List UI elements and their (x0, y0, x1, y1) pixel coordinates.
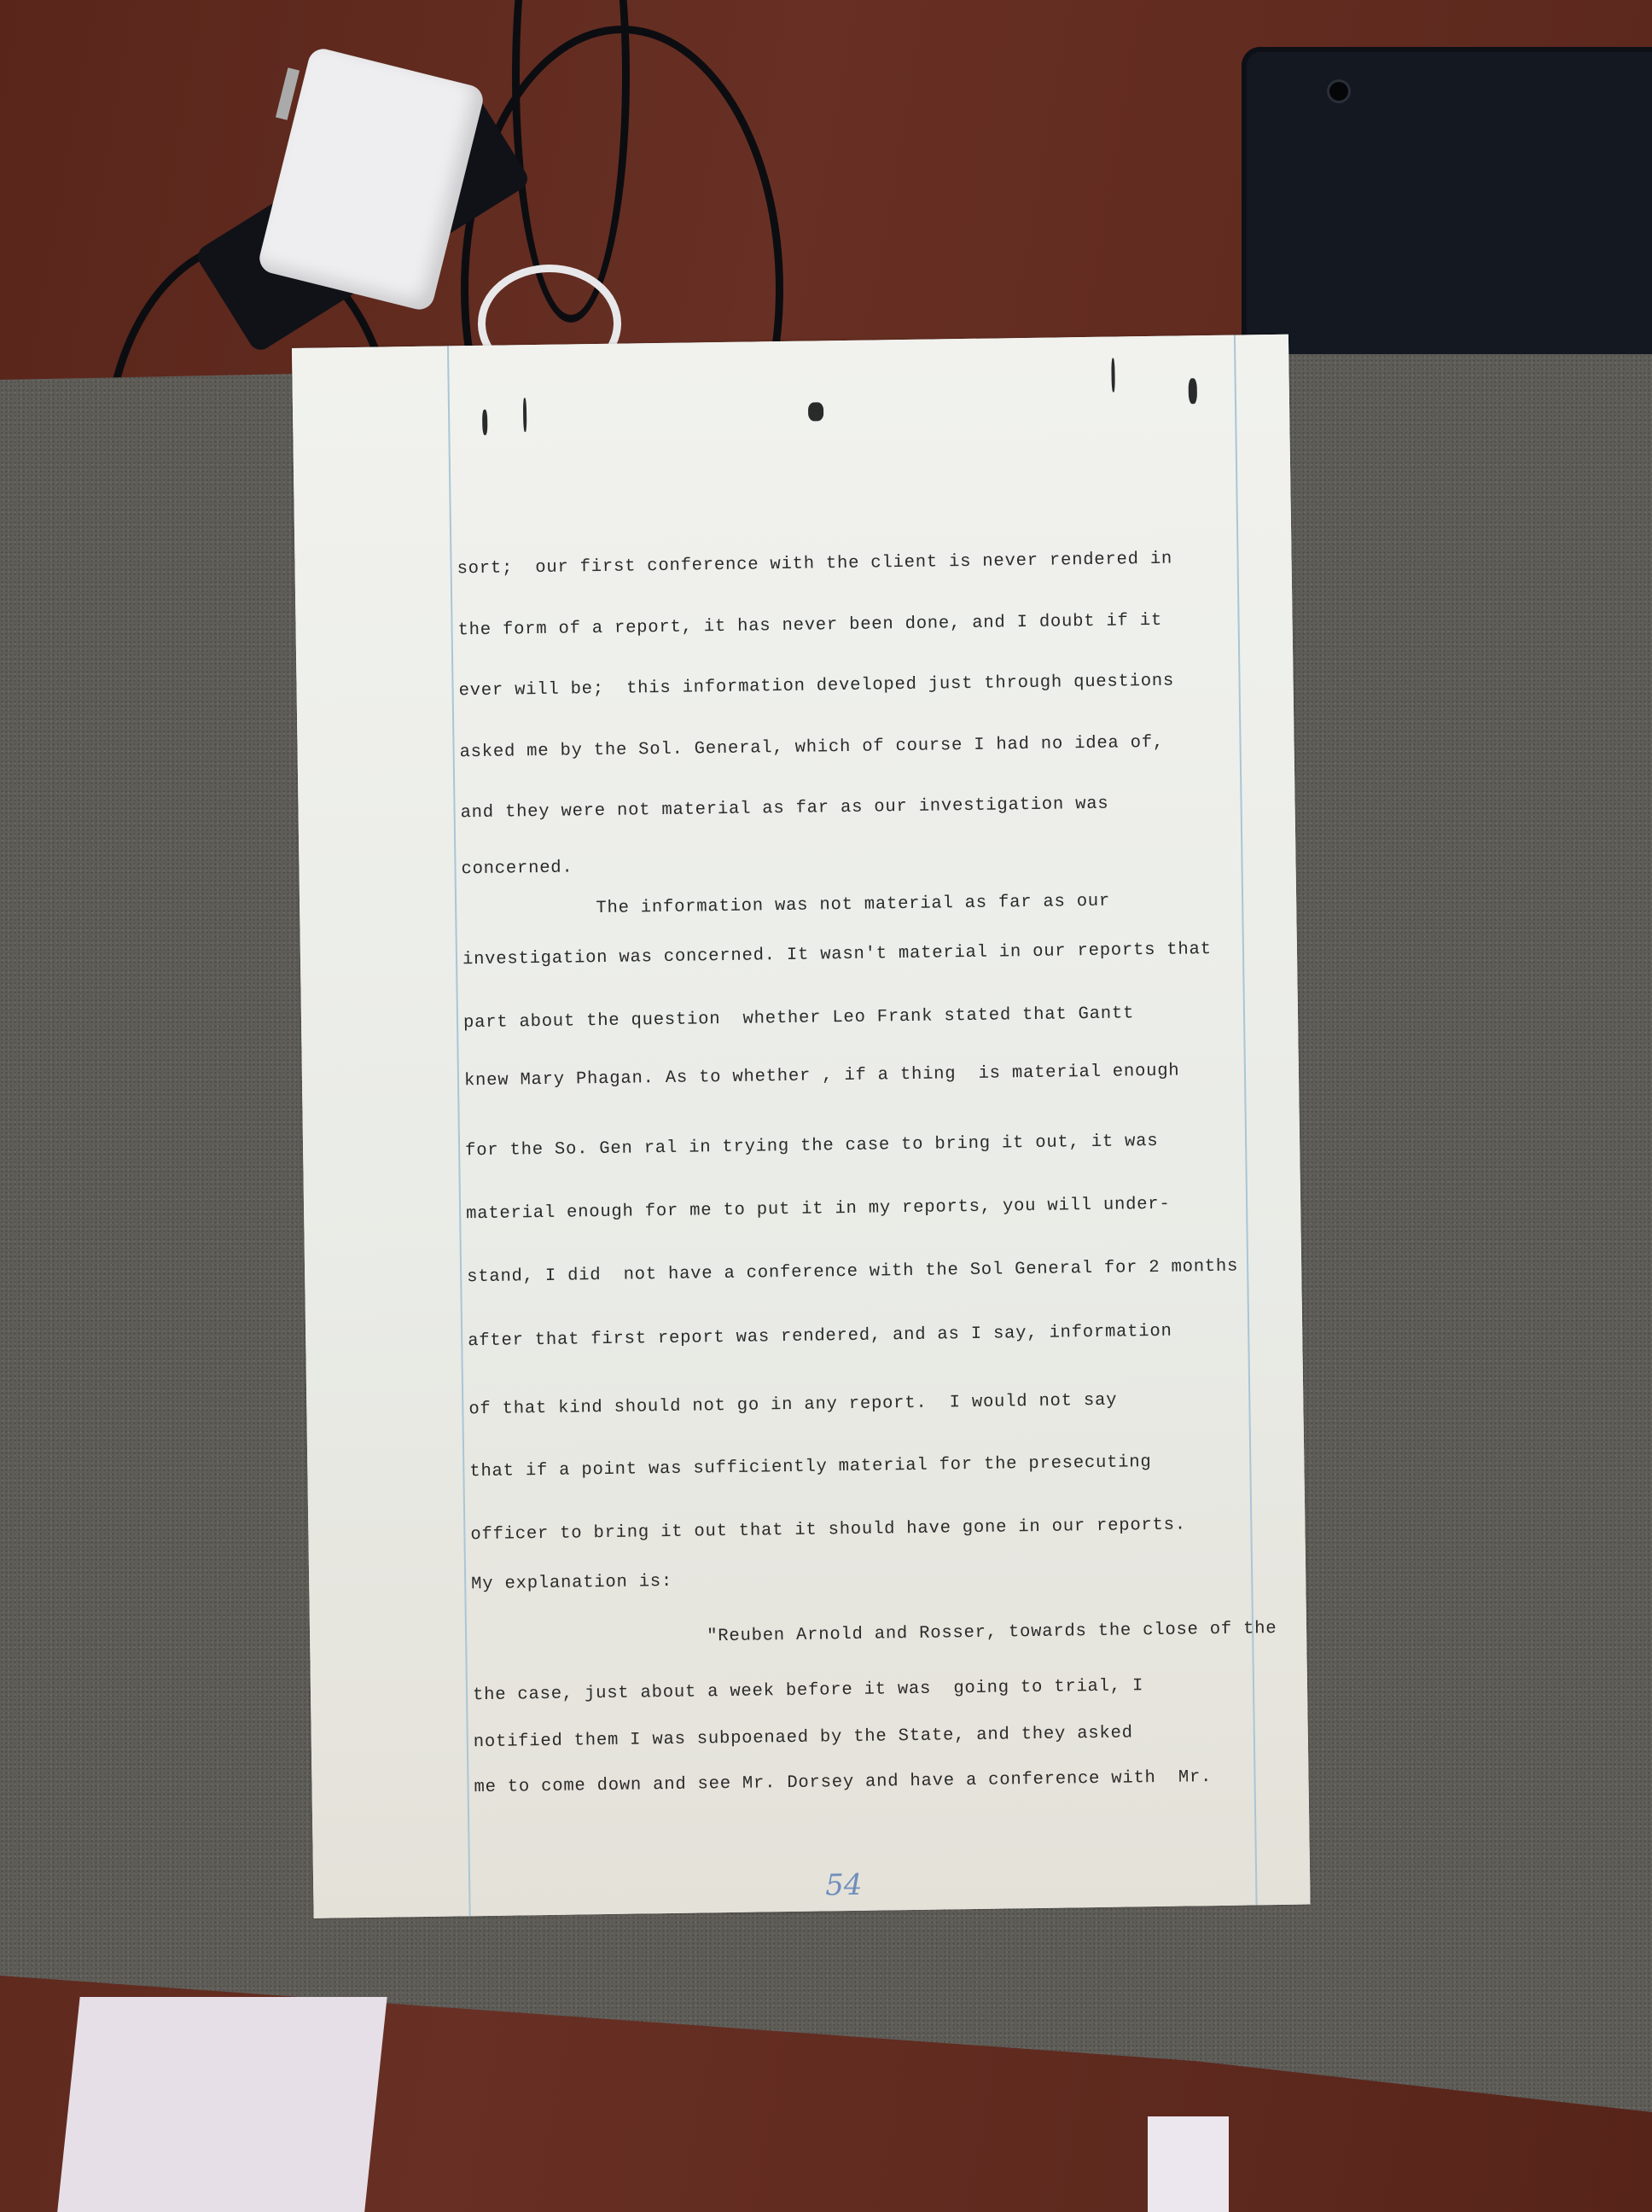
handwritten-page-number: 54 (825, 1868, 863, 1903)
text-line: stand, I did not have a conference with … (467, 1257, 1238, 1288)
text-line: "Reuben Arnold and Rosser, towards the c… (472, 1619, 1277, 1650)
tablet-case (1242, 47, 1652, 363)
text-line: officer to bring it out that it should h… (470, 1516, 1186, 1545)
text-line: My explanation is: (471, 1572, 672, 1594)
text-line: investigation was concerned. It wasn't m… (462, 940, 1212, 969)
typewritten-page: sort; our first conference with the clie… (292, 335, 1311, 1918)
text-line: material enough for me to put it in my r… (466, 1195, 1171, 1225)
punch-hole (808, 402, 823, 421)
punch-hole (1189, 378, 1197, 404)
punch-hole (523, 398, 527, 432)
text-line: that if a point was sufficiently materia… (469, 1452, 1151, 1481)
text-line: The information was not material as far … (462, 892, 1110, 921)
text-line: knew Mary Phagan. As to whether , if a t… (464, 1062, 1180, 1091)
text-line: concerned. (461, 858, 573, 879)
text-line: and they were not material as far as our… (460, 795, 1108, 824)
text-line: of that kind should not go in any report… (468, 1391, 1117, 1420)
right-margin-line (1234, 335, 1258, 1906)
punch-hole (482, 410, 487, 435)
body-text: sort; our first conference with the clie… (457, 548, 1276, 559)
text-line: ever will be; this information developed… (458, 672, 1174, 701)
text-line: after that first report was rendered, an… (468, 1322, 1172, 1352)
tablet-camera-icon (1327, 79, 1351, 103)
text-line: the form of a report, it has never been … (457, 611, 1162, 641)
left-margin-line (447, 346, 471, 1916)
punch-hole (1111, 358, 1115, 393)
text-line: notified them I was subpoenaed by the St… (474, 1723, 1133, 1752)
text-line: asked me by the Sol. General, which of c… (459, 733, 1164, 763)
floor-light-area (56, 1997, 387, 2212)
text-line: the case, just about a week before it wa… (473, 1676, 1143, 1705)
text-line: sort; our first conference with the clie… (457, 550, 1172, 579)
text-line: part about the question whether Leo Fran… (463, 1004, 1134, 1033)
text-line: for the So. Gen ral in trying the case t… (465, 1132, 1159, 1161)
floor-light-area (1148, 2116, 1229, 2212)
text-line: me to come down and see Mr. Dorsey and h… (474, 1767, 1212, 1797)
